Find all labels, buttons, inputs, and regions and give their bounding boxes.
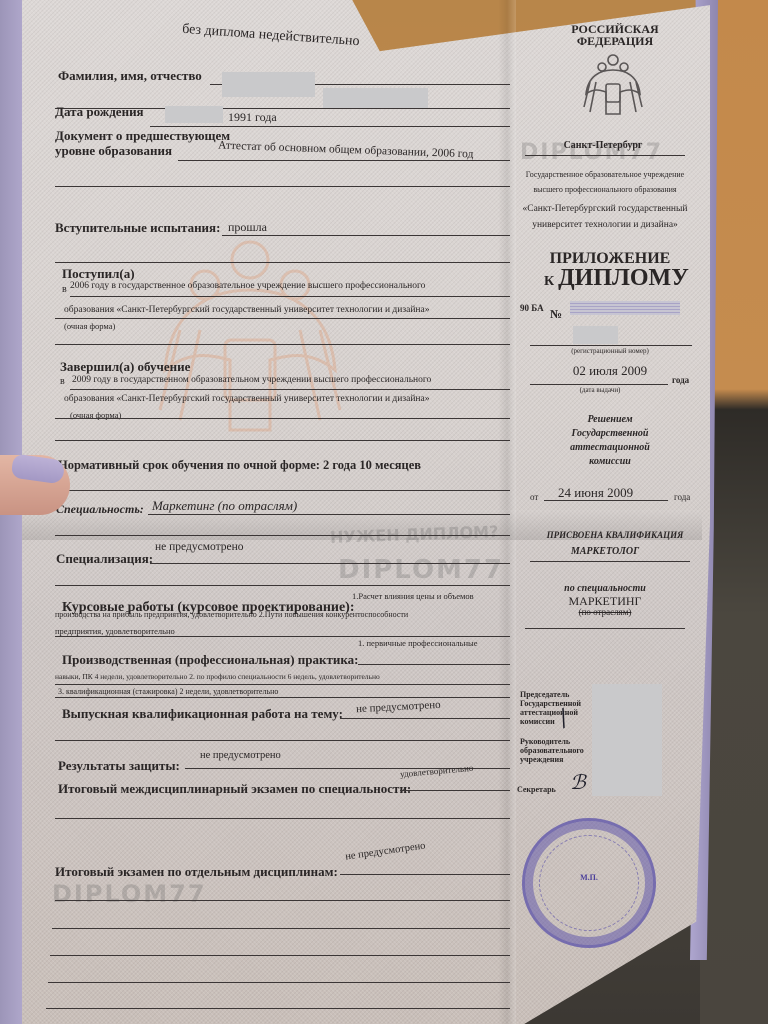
redacted-signatures: [592, 684, 662, 796]
stamp-inner-ring: [539, 835, 639, 931]
country-line-2: ФЕДЕРАЦИЯ: [560, 34, 670, 49]
title-main: ДИПЛОМУ: [558, 265, 689, 291]
number-sign: №: [550, 307, 562, 322]
speciality-value: Маркетинг (по отраслям): [152, 498, 297, 514]
form-line: [530, 345, 692, 346]
enrolled-label: Поступил(а): [62, 266, 135, 282]
completed-label: Завершил(а) обучение: [60, 359, 190, 375]
form-line: [55, 900, 510, 901]
decision-suffix: года: [674, 492, 690, 502]
qualification-label: ПРИСВОЕНА КВАЛИФИКАЦИЯ: [530, 530, 700, 540]
completed-line2: образования «Санкт-Петербургский государ…: [64, 394, 429, 404]
form-line: [150, 126, 510, 127]
qualification-value: МАРКЕТОЛОГ: [530, 546, 680, 557]
form-line: [55, 440, 510, 441]
decision-line-2: Государственной: [540, 428, 680, 439]
head-line-3: учреждения: [520, 755, 584, 764]
form-line: [544, 500, 668, 501]
form-line: [525, 628, 685, 629]
secretary-label: Секретарь: [517, 785, 556, 794]
form-line: [340, 874, 510, 875]
specialization-label: Специализация:: [56, 551, 153, 567]
chair-line-2: Государственной: [520, 699, 581, 708]
decision-line-1: Решением: [540, 414, 680, 425]
decision-date: 24 июня 2009: [558, 485, 633, 501]
form-line: [358, 664, 510, 665]
form-line: [55, 636, 510, 637]
issue-date: 02 июля 2009: [530, 363, 690, 379]
redacted-fio-2: [323, 88, 428, 108]
issue-label: (дата выдачи): [530, 386, 670, 394]
signature-secretary: ℬ: [570, 770, 586, 794]
practice-label: Производственная (профессиональная) прак…: [62, 652, 359, 668]
chair-label: Председатель Государственной аттестацион…: [520, 690, 581, 726]
form-line: [55, 535, 510, 536]
chair-line-3: аттестационной: [520, 708, 581, 717]
practice-line0: 1. первичные профессиональные: [358, 638, 478, 648]
coursework-line0: 1.Расчет влияния цены и объемов: [352, 591, 474, 601]
birth-value: 1991 года: [228, 110, 277, 125]
head-line-2: образовательного: [520, 746, 584, 755]
speciality-label-right: по специальности: [530, 583, 680, 594]
title-prefix: К: [544, 274, 554, 289]
form-line: [55, 490, 510, 491]
institution-line-1: Государственное образовательное учрежден…: [520, 170, 690, 179]
redacted-number: [570, 301, 680, 315]
institution-line-4: университет технологии и дизайна»: [515, 220, 695, 230]
form-line: [150, 563, 510, 564]
head-line-1: Руководитель: [520, 737, 584, 746]
defense-label: Результаты защиты:: [58, 758, 180, 774]
redacted-fio: [222, 72, 315, 97]
coursework-line1: производства на прибыль предприятия, удо…: [55, 610, 408, 619]
form-line: [400, 790, 510, 791]
practice-line2: 3. квалификационная (стажировка) 2 недел…: [58, 687, 278, 696]
form-line: [148, 514, 510, 515]
completed-line1: 2009 году в государственном образователь…: [72, 375, 431, 385]
interdisc-label: Итоговый междисциплинарный экзамен по сп…: [58, 781, 411, 797]
form-line: [46, 1008, 510, 1009]
form-line: [55, 697, 510, 698]
city: Санкт-Петербург: [528, 140, 678, 151]
thesis-label: Выпускная квалификационная работа на тем…: [62, 706, 343, 722]
speciality-label: Специальность:: [56, 502, 144, 517]
entrance-label: Вступительные испытания:: [55, 220, 220, 236]
institution-line-2: высшего профессионального образования: [520, 185, 690, 194]
decision-line-4: комиссии: [540, 456, 680, 467]
redacted-reg-number: [573, 326, 618, 344]
watermark-brand-bottom: DIPLOM77: [52, 880, 207, 908]
coursework-line2: предприятия, удовлетворительно: [55, 626, 175, 636]
form-line: [55, 585, 510, 586]
specialization-value: не предусмотрено: [155, 541, 244, 553]
form-line: [52, 928, 510, 929]
coat-of-arms-watermark-icon: [150, 230, 350, 460]
enrolled-line2: образования «Санкт-Петербургский государ…: [64, 305, 429, 315]
form-line: [530, 561, 690, 562]
form-line: [70, 296, 510, 297]
decision-prefix: от: [530, 492, 538, 502]
norm-term: Нормативный срок обучения по очной форме…: [58, 458, 421, 473]
prev-doc-label-2: уровне образования: [55, 143, 172, 159]
form-line: [222, 235, 510, 236]
fio-label: Фамилия, имя, отчество: [58, 68, 202, 84]
reg-label: (регистрационный номер): [530, 347, 690, 355]
prev-doc-label-1: Документ о предшествующем: [55, 128, 230, 144]
head-label: Руководитель образовательного учреждения: [520, 737, 584, 764]
institution-line-3: «Санкт-Петербургский государственный: [515, 204, 695, 214]
form-line: [525, 155, 685, 156]
issue-suffix: года: [672, 375, 689, 385]
enrolled-line1: 2006 году в государственное образователь…: [70, 281, 425, 291]
entrance-value: прошла: [228, 220, 267, 235]
form-line: [70, 389, 510, 390]
birth-label: Дата рождения: [55, 104, 144, 120]
chair-line-1: Председатель: [520, 690, 581, 699]
practice-line1: навыки, ПК 4 недели, удовлетворительно 2…: [55, 672, 380, 681]
watermark-brand: DIPLOM77: [338, 555, 504, 585]
form-line: [55, 418, 510, 419]
series: 90 БА: [520, 303, 544, 313]
form-line: [55, 684, 510, 685]
form-line: [48, 982, 510, 983]
form-line: [55, 262, 510, 263]
decision-line-3: аттестационной: [540, 442, 680, 453]
form-line: [55, 740, 510, 741]
enrolled-form: (очная форма): [64, 321, 115, 331]
title-line-2: К ДИПЛОМУ: [544, 265, 689, 292]
speciality-sub-right: (по отраслям): [530, 607, 680, 617]
form-line: [55, 344, 510, 345]
form-line: [530, 384, 668, 385]
defense-value: не предусмотрено: [200, 750, 281, 761]
redacted-birth: [165, 106, 223, 123]
completed-prefix: в: [60, 376, 65, 387]
form-line: [55, 186, 510, 187]
separate-label: Итоговый экзамен по отдельным дисциплина…: [55, 864, 338, 880]
form-line: [55, 318, 510, 319]
form-line: [178, 160, 510, 161]
stamp-mark: М.П.: [525, 873, 653, 882]
form-line: [340, 718, 510, 719]
form-line: [50, 955, 510, 956]
enrolled-prefix: в: [62, 284, 67, 295]
official-stamp: М.П.: [522, 818, 656, 948]
form-line: [55, 818, 510, 819]
coat-of-arms-icon: [582, 52, 644, 122]
